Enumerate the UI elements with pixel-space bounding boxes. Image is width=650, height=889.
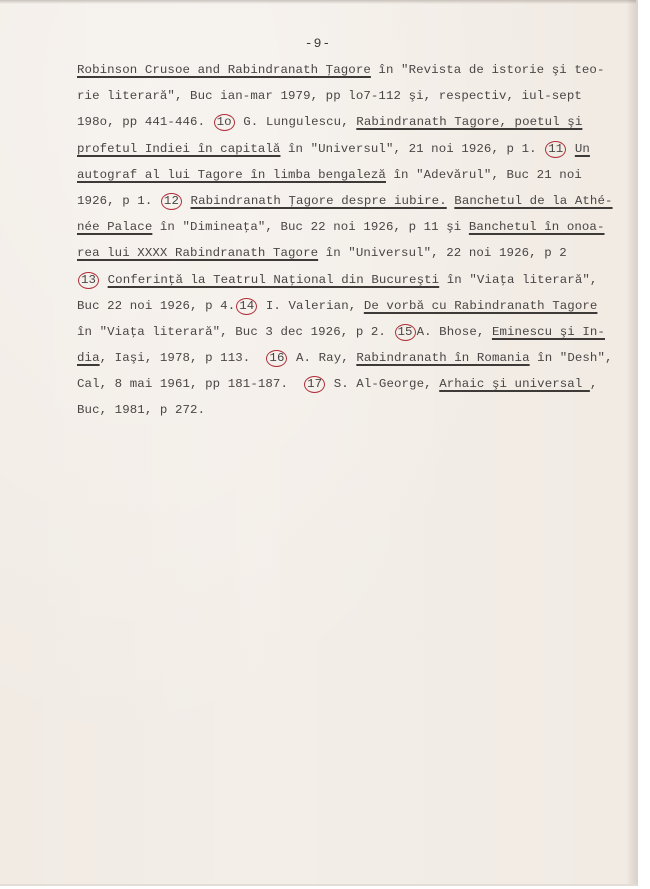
text-segment: , Iaşi, 1978, p 113. [100,351,266,365]
text-line: Buc 22 noi 1926, p 4.14 I. Valerian, De … [77,293,637,319]
text-segment: în "Dimineaţa", Buc 22 noi 1926, p 11 şi [152,220,469,234]
text-segment: în "Adevărul", Buc 21 noi [386,168,582,182]
text-segment: 198o, pp 441-446. [77,115,213,129]
underlined-title: Arhaic şi universal [439,377,590,391]
text-segment: în "Desh", [530,351,613,365]
text-line: Cal, 8 mai 1961, pp 181-187. 17 S. Al-Ge… [77,371,637,397]
underlined-title: rea lui XXXX Rabindranath Tagore [77,246,318,260]
underlined-title: Robinson Crusoe and Rabindranath Ţagore [77,63,371,77]
text-segment: în "Universul", 22 noi 1926, p 2 [318,246,567,260]
footnote-number-circled: 11 [545,141,566,158]
scan-top-shadow [0,0,636,4]
underlined-title: autograf al lui Tagore în limba bengalez… [77,168,386,182]
footnote-number-circled: 13 [78,272,99,289]
text-segment: S. Al-George, [326,377,439,391]
text-line: autograf al lui Tagore în limba bengalez… [77,162,637,188]
underlined-title: Un [575,142,590,156]
text-segment: I. Valerian, [258,299,364,313]
text-segment: G. Lungulescu, [236,115,357,129]
text-segment: în "Viaţa literară", Buc 3 dec 1926, p 2… [77,325,394,339]
text-segment: , [590,377,598,391]
text-line: Buc, 1981, p 272. [77,397,637,423]
text-segment [100,273,108,287]
text-segment: în "Universul", 21 noi 1926, p 1. [280,142,544,156]
text-segment: Cal, 8 mai 1961, pp 181-187. [77,377,303,391]
text-segment: în "Revista de istorie şi teo- [371,63,605,77]
footnote-number-circled: 17 [304,376,325,393]
underlined-title: Conferinţă la Teatrul Naţional din Bucur… [108,273,440,287]
underlined-title: Banchetul în onoa- [469,220,605,234]
text-line: în "Viaţa literară", Buc 3 dec 1926, p 2… [77,319,637,345]
footnote-number-circled: 1o [214,114,235,131]
footnote-number-circled: 15 [395,324,416,341]
typewritten-page: -9- Robinson Crusoe and Rabindranath Ţag… [0,0,638,886]
underlined-title: Rabindranath în Romania [356,351,529,365]
underlined-title: Banchetul de la Athé- [454,194,612,208]
text-segment: rie literară", Buc ian-mar 1979, pp lo7-… [77,89,582,103]
text-segment: 1926, p 1. [77,194,160,208]
text-segment [567,142,575,156]
underlined-title: profetul Indiei în capitală [77,142,280,156]
page-number: -9- [0,36,636,51]
footnote-number-circled: 14 [236,298,257,315]
text-segment [183,194,191,208]
underlined-title: Rabindranath Tagore, poetul şi [356,115,582,129]
text-line: 198o, pp 441-446. 1o G. Lungulescu, Rabi… [77,109,637,135]
underlined-title: Rabindranath Ţagore despre iubire. [191,194,447,208]
text-segment: Buc 22 noi 1926, p 4. [77,299,235,313]
text-line: 13 Conferinţă la Teatrul Naţional din Bu… [77,267,637,293]
text-line: 1926, p 1. 12 Rabindranath Ţagore despre… [77,188,637,214]
footnote-number-circled: 12 [161,193,182,210]
text-line: rea lui XXXX Rabindranath Tagore în "Uni… [77,240,637,266]
underlined-title: dia [77,351,100,365]
text-segment: Buc, 1981, p 272. [77,403,205,417]
underlined-title: De vorbă cu Rabindranath Tagore [364,299,598,313]
text-line: dia, Iaşi, 1978, p 113. 16 A. Ray, Rabin… [77,345,637,371]
text-line: née Palace în "Dimineaţa", Buc 22 noi 19… [77,214,637,240]
text-line: Robinson Crusoe and Rabindranath Ţagore … [77,57,637,83]
text-line: rie literară", Buc ian-mar 1979, pp lo7-… [77,83,637,109]
underlined-title: Eminescu şi In- [492,325,605,339]
text-line: profetul Indiei în capitală în "Universu… [77,136,637,162]
text-segment: A. Bhose, [417,325,492,339]
underlined-title: née Palace [77,220,152,234]
text-segment: în "Viaţa literară", [439,273,597,287]
footnote-number-circled: 16 [266,350,287,367]
footnotes-body: Robinson Crusoe and Rabindranath Ţagore … [77,57,637,424]
text-segment: A. Ray, [288,351,356,365]
